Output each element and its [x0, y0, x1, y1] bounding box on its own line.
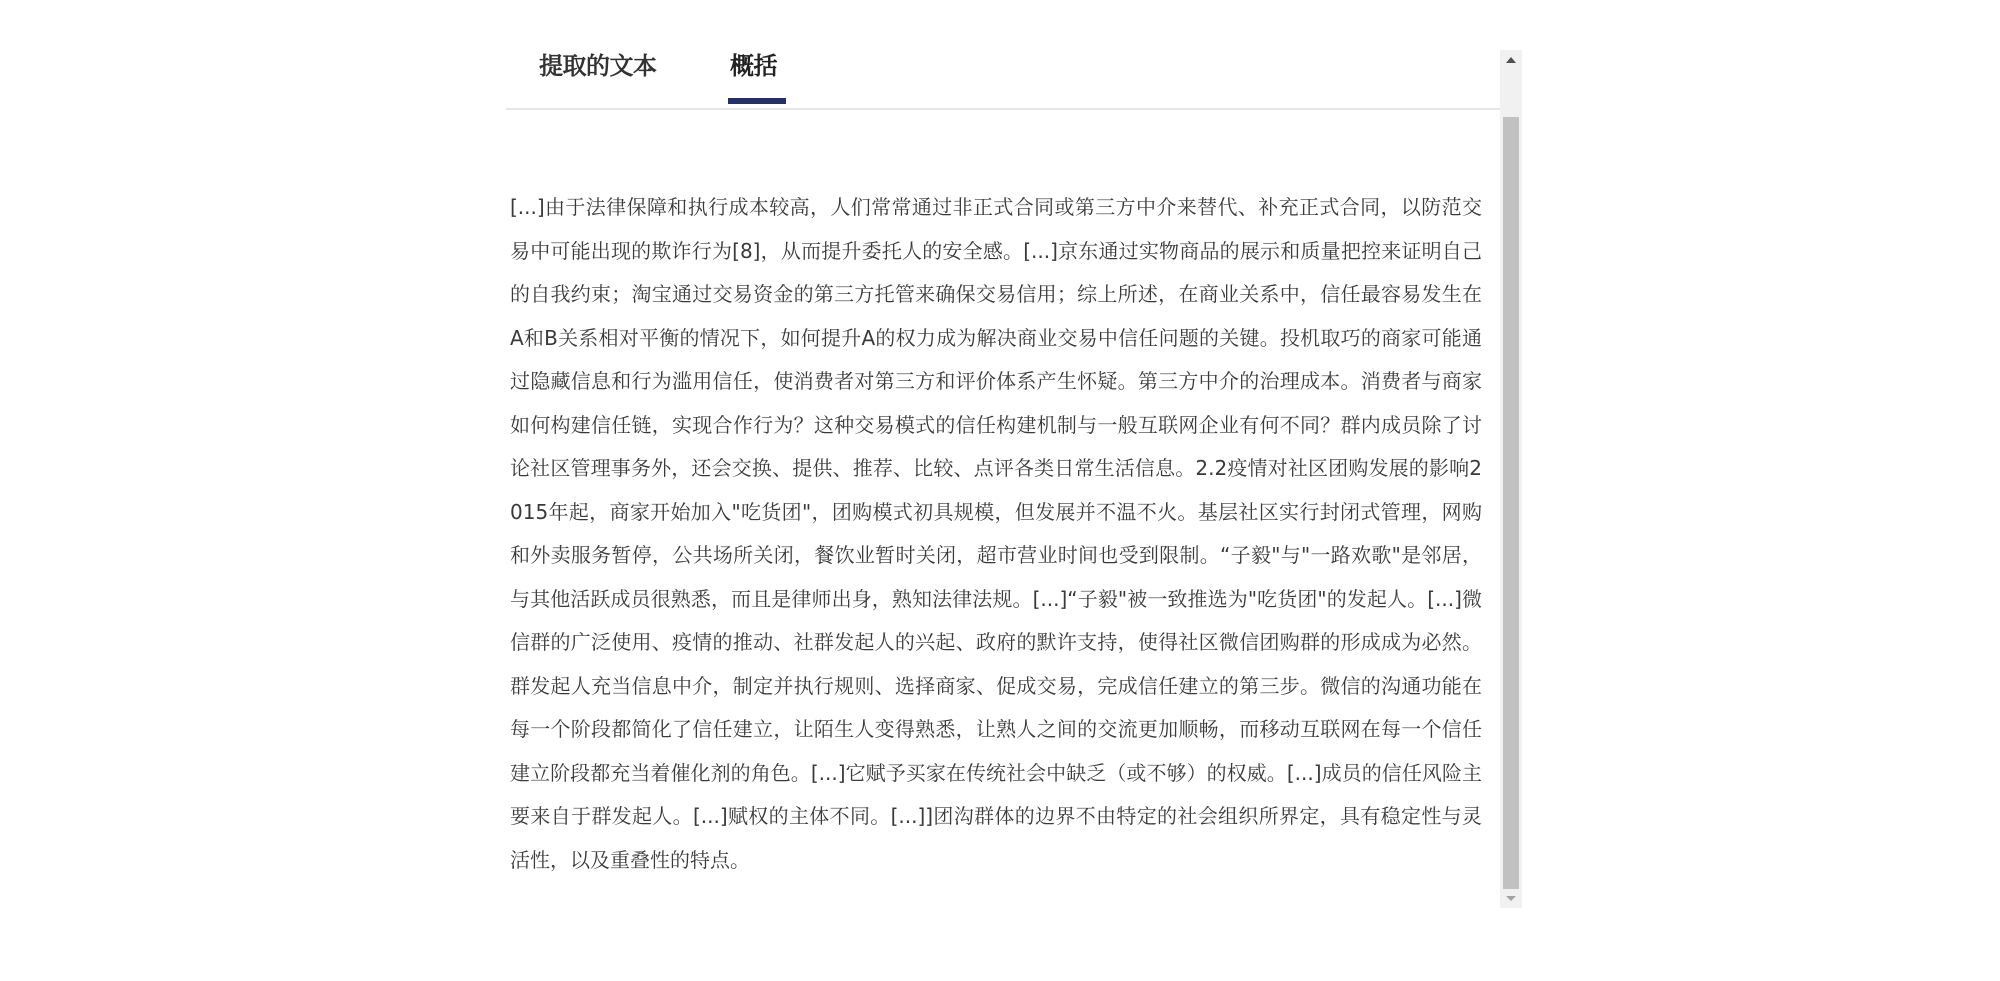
scrollbar-thumb[interactable]	[1503, 117, 1519, 889]
summary-panel: 提取的文本 概括 [...]由于法律保障和执行成本较高，人们常常通过非正式合同或…	[504, 50, 1522, 908]
tab-extracted-text[interactable]: 提取的文本	[539, 52, 657, 110]
tab-bar: 提取的文本 概括	[506, 50, 1502, 110]
summary-text: [...]由于法律保障和执行成本较高，人们常常通过非正式合同或第三方中介来替代、…	[510, 186, 1482, 882]
vertical-scrollbar[interactable]	[1500, 50, 1522, 908]
scroll-up-arrow-icon[interactable]	[1500, 50, 1522, 72]
scroll-down-arrow-icon[interactable]	[1500, 890, 1522, 908]
active-tab-indicator	[728, 98, 786, 104]
